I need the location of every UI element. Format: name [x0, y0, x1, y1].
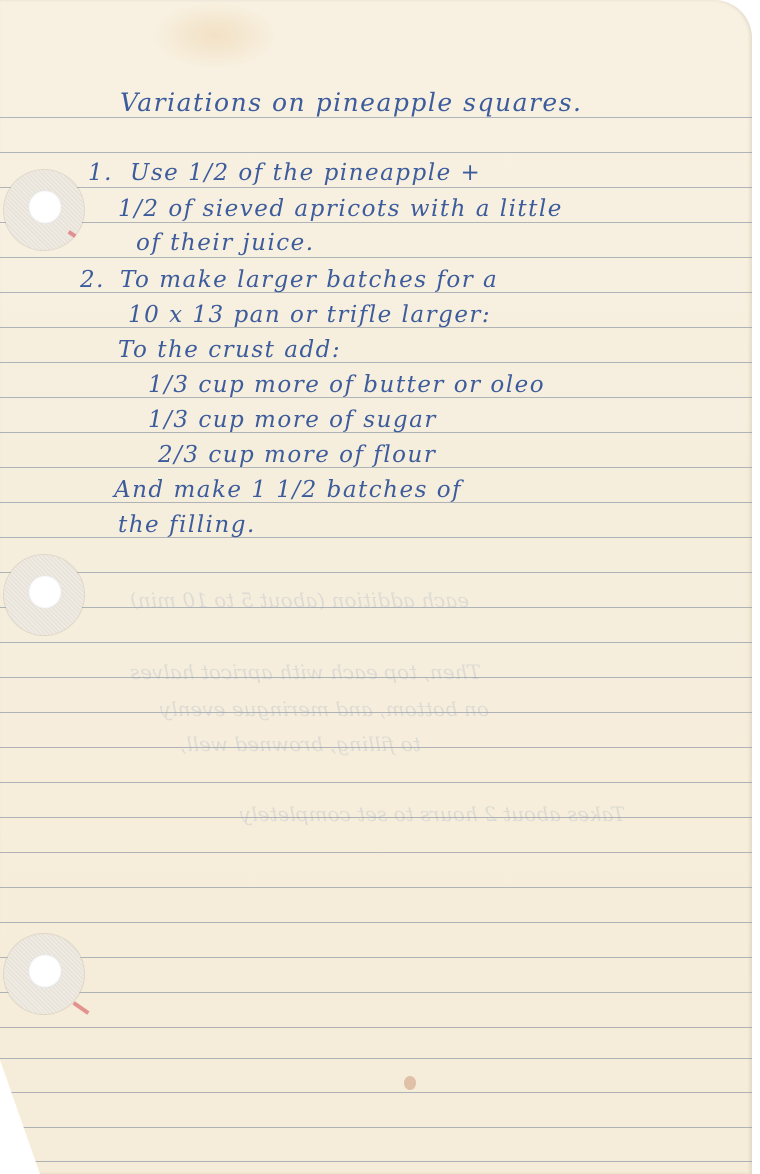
notebook-page: each addition (about 5 to 10 min) Then, …	[0, 0, 752, 1174]
item-line: 1/3 cup more of butter or oleo	[148, 372, 545, 398]
red-ink-mark	[72, 1001, 89, 1015]
rule-line	[0, 957, 752, 958]
bleed-through-line: Then, top each with apricot halves	[130, 660, 481, 684]
rule-line	[0, 1092, 752, 1093]
rule-line	[0, 1127, 752, 1128]
rule-line	[0, 222, 752, 223]
bleed-through-line: each addition (about 5 to 10 min)	[130, 588, 469, 612]
item-number: 1.	[88, 160, 113, 186]
item-line: 2/3 cup more of flour	[158, 442, 436, 468]
item-line: And make 1 1/2 batches of	[114, 477, 462, 503]
rule-line	[0, 922, 752, 923]
item-number: 2.	[80, 267, 105, 293]
binder-hole-bottom	[4, 934, 84, 1014]
item-line: 1/3 cup more of sugar	[148, 407, 437, 433]
binder-hole-top	[4, 170, 84, 250]
item-line: the filling.	[118, 512, 256, 538]
rule-line	[0, 1058, 752, 1059]
item-line: To the crust add:	[118, 337, 341, 363]
rule-line	[0, 852, 752, 853]
rule-line	[0, 782, 752, 783]
rule-line	[0, 257, 752, 258]
binder-hole-middle	[4, 555, 84, 635]
page-title: Variations on pineapple squares.	[120, 88, 583, 117]
item-line: To make larger batches for a	[120, 267, 498, 293]
rule-line	[0, 642, 752, 643]
bleed-through-line: Takes about 2 hours to set completely	[240, 802, 625, 826]
rule-line	[0, 187, 752, 188]
rule-line	[0, 1027, 752, 1028]
rule-line	[0, 572, 752, 573]
rule-line	[0, 992, 752, 993]
item-line: 1/2 of sieved apricots with a little	[118, 196, 563, 222]
item-line: of their juice.	[136, 230, 315, 256]
rule-line	[0, 362, 752, 363]
item-line: Use 1/2 of the pineapple +	[130, 160, 481, 186]
bleed-through-line: to filling, browned well,	[180, 732, 421, 756]
spot-stain	[404, 1076, 416, 1090]
item-line: 10 x 13 pan or trifle larger:	[128, 302, 491, 328]
paper-stain	[150, 0, 280, 70]
rule-line	[0, 117, 752, 118]
rule-line	[0, 1161, 752, 1162]
rule-line	[0, 537, 752, 538]
rule-line	[0, 887, 752, 888]
rule-line	[0, 152, 752, 153]
bleed-through-line: on bottom, and meringue evenly	[160, 697, 489, 721]
